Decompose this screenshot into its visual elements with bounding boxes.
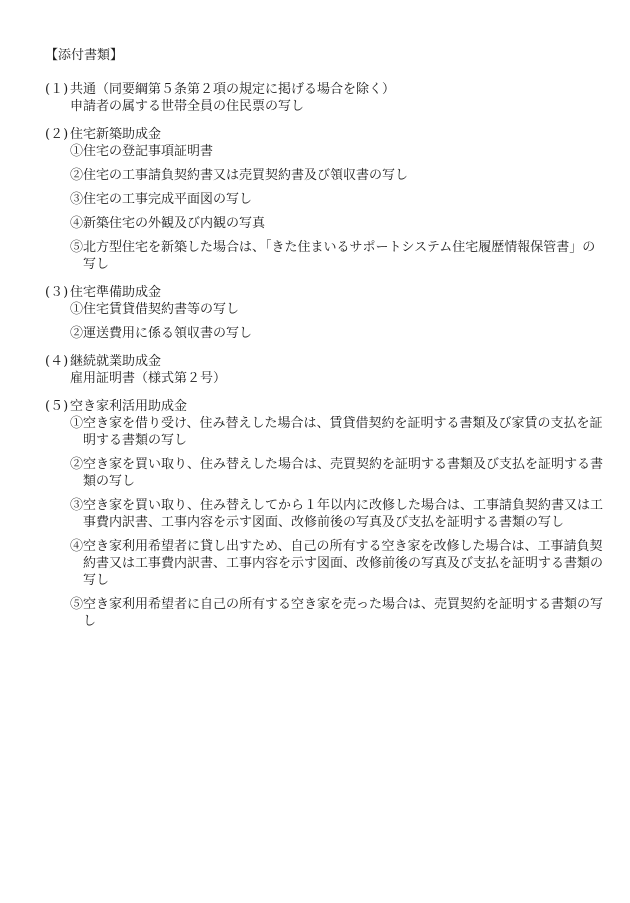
section-vacant-house-utilization: (５) 空き家利活用助成金 ①空き家を借り受け、住み替えした場合は、賃貸借契約を… bbox=[45, 398, 592, 630]
list-item: ③空き家を買い取り、住み替えしてから１年以内に改修した場合は、工事請負契約書又は… bbox=[70, 497, 592, 531]
section-housing-new-build-label: (２) bbox=[45, 126, 68, 143]
document-page: 【添付書類】 (１) 共通（同要綱第５条第２項の規定に掲げる場合を除く） 申請者… bbox=[0, 0, 630, 903]
section-common-title: 共通（同要綱第５条第２項の規定に掲げる場合を除く） bbox=[70, 81, 592, 98]
list-item: ①住宅賃貸借契約書等の写し bbox=[70, 301, 592, 318]
section-housing-preparation-label: (３) bbox=[45, 284, 68, 301]
list-item: ①空き家を借り受け、住み替えした場合は、賃貸借契約を証明する書類及び家賃の支払を… bbox=[70, 415, 592, 449]
section-housing-new-build-title: 住宅新築助成金 bbox=[70, 126, 592, 143]
section-vacant-house-utilization-title: 空き家利活用助成金 bbox=[70, 398, 592, 415]
list-item: ②住宅の工事請負契約書又は売買契約書及び領収書の写し bbox=[70, 167, 592, 184]
item-line-continuation: 明する書類の写し bbox=[70, 432, 592, 449]
section-common-body: 共通（同要綱第５条第２項の規定に掲げる場合を除く） 申請者の属する世帯全員の住民… bbox=[70, 81, 592, 115]
item-line-continuation: 写し bbox=[70, 572, 592, 589]
item-line: ①住宅賃貸借契約書等の写し bbox=[70, 301, 592, 318]
item-line: ①空き家を借り受け、住み替えした場合は、賃貸借契約を証明する書類及び家賃の支払を… bbox=[70, 415, 592, 432]
section-housing-preparation: (３) 住宅準備助成金 ①住宅賃貸借契約書等の写し ②運送費用に係る領収書の写し bbox=[45, 284, 592, 342]
item-line-continuation: し bbox=[70, 613, 592, 630]
section-vacant-house-utilization-body: 空き家利活用助成金 ①空き家を借り受け、住み替えした場合は、賃貸借契約を証明する… bbox=[70, 398, 592, 630]
item-line: ④新築住宅の外観及び内観の写真 bbox=[70, 215, 592, 232]
section-continued-employment: (４) 継続就業助成金 雇用証明書（様式第２号） bbox=[45, 353, 592, 387]
section-continued-employment-title: 継続就業助成金 bbox=[70, 353, 592, 370]
item-line-continuation: 事費内訳書、工事内容を示す図面、改修前後の写真及び支払を証明する書類の写し bbox=[70, 514, 592, 531]
section-continued-employment-label: (４) bbox=[45, 353, 68, 370]
item-line: ②運送費用に係る領収書の写し bbox=[70, 325, 592, 342]
list-item: ③住宅の工事完成平面図の写し bbox=[70, 191, 592, 208]
section-common: (１) 共通（同要綱第５条第２項の規定に掲げる場合を除く） 申請者の属する世帯全… bbox=[45, 81, 592, 115]
item-line: ④空き家利用希望者に貸し出すため、自己の所有する空き家を改修した場合は、工事請負… bbox=[70, 538, 592, 555]
section-housing-preparation-title: 住宅準備助成金 bbox=[70, 284, 592, 301]
list-item: ⑤空き家利用希望者に自己の所有する空き家を売った場合は、売買契約を証明する書類の… bbox=[70, 596, 592, 630]
section-continued-employment-body: 継続就業助成金 雇用証明書（様式第２号） bbox=[70, 353, 592, 387]
section-common-label: (１) bbox=[45, 81, 68, 98]
section-housing-preparation-body: 住宅準備助成金 ①住宅賃貸借契約書等の写し ②運送費用に係る領収書の写し bbox=[70, 284, 592, 342]
section-housing-new-build-body: 住宅新築助成金 ①住宅の登記事項証明書 ②住宅の工事請負契約書又は売買契約書及び… bbox=[70, 126, 592, 273]
page-title: 【添付書類】 bbox=[45, 47, 592, 64]
section-common-line: 申請者の属する世帯全員の住民票の写し bbox=[70, 98, 592, 115]
item-line-continuation: 写し bbox=[70, 256, 592, 273]
item-line-continuation: 約書又は工事費内訳書、工事内容を示す図面、改修前後の写真及び支払を証明する書類の bbox=[70, 555, 592, 572]
item-line: ①住宅の登記事項証明書 bbox=[70, 143, 592, 160]
list-item: ②空き家を買い取り、住み替えした場合は、売買契約を証明する書類及び支払を証明する… bbox=[70, 456, 592, 490]
section-housing-new-build: (２) 住宅新築助成金 ①住宅の登記事項証明書 ②住宅の工事請負契約書又は売買契… bbox=[45, 126, 592, 273]
item-line: ②住宅の工事請負契約書又は売買契約書及び領収書の写し bbox=[70, 167, 592, 184]
list-item: ①住宅の登記事項証明書 bbox=[70, 143, 592, 160]
item-line: ③空き家を買い取り、住み替えしてから１年以内に改修した場合は、工事請負契約書又は… bbox=[70, 497, 592, 514]
item-line: ②空き家を買い取り、住み替えした場合は、売買契約を証明する書類及び支払を証明する… bbox=[70, 456, 592, 473]
item-line: ③住宅の工事完成平面図の写し bbox=[70, 191, 592, 208]
list-item: ②運送費用に係る領収書の写し bbox=[70, 325, 592, 342]
item-line: ⑤北方型住宅を新築した場合は、「きた住まいるサポートシステム住宅履歴情報保管書」… bbox=[70, 239, 592, 256]
list-item: ④新築住宅の外観及び内観の写真 bbox=[70, 215, 592, 232]
section-vacant-house-utilization-label: (５) bbox=[45, 398, 68, 415]
list-item: ⑤北方型住宅を新築した場合は、「きた住まいるサポートシステム住宅履歴情報保管書」… bbox=[70, 239, 592, 273]
list-item: ④空き家利用希望者に貸し出すため、自己の所有する空き家を改修した場合は、工事請負… bbox=[70, 538, 592, 589]
section-continued-employment-line: 雇用証明書（様式第２号） bbox=[70, 370, 592, 387]
item-line-continuation: 類の写し bbox=[70, 473, 592, 490]
item-line: ⑤空き家利用希望者に自己の所有する空き家を売った場合は、売買契約を証明する書類の… bbox=[70, 596, 592, 613]
